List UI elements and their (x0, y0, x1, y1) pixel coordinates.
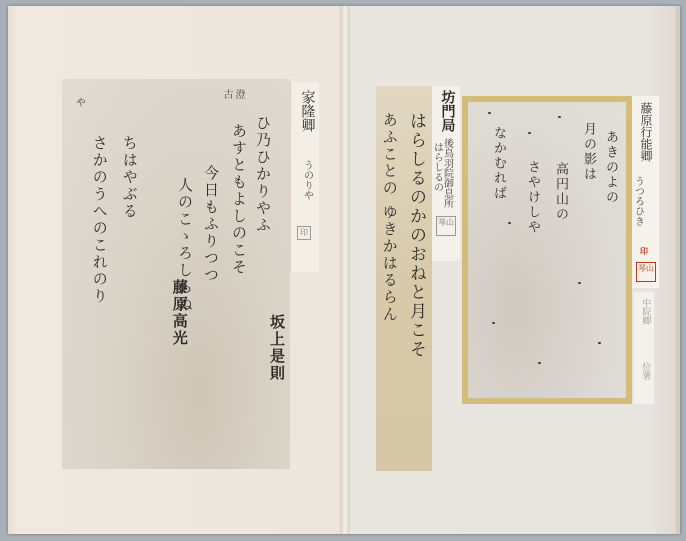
attribution-label-bomon: 坊門局 後鳥羽院御息所 はらしるの 琴山 (432, 86, 460, 261)
left-page: 古 澄 や ひ乃ひかりやふ あすともよしのこそ 今日もふりつつ 人のこゝろしらぬ… (8, 6, 340, 534)
attribution-label-yukiyoshi: 藤原行能卿 うつろひき 印 琴山 (632, 96, 659, 288)
poem-fragment-speckled: あきのよの 月の影は 高円山の さやけしや なかむれば (468, 102, 626, 398)
label-subtitle: はらしるの (432, 142, 443, 192)
seal-red-square: 琴山 (636, 262, 656, 282)
poem-column: ひ乃ひかりやふ (253, 115, 272, 234)
seal-red-small: 印 (638, 246, 650, 258)
label-title: 藤原行能卿 (638, 102, 653, 162)
label-title: 家隆卿 (298, 90, 316, 132)
poem-column: 高円山の (552, 162, 568, 222)
note-top: 古 (220, 89, 233, 99)
attribution-label-faint: 中院卿 位署 (634, 292, 654, 404)
signature-korenori: 坂上是則 (267, 314, 286, 382)
label-subtitle: うのりや (300, 160, 313, 200)
poem-column: 月の影は (580, 122, 596, 182)
seal-stamp: 印 (297, 226, 311, 240)
poem-column: さやけしや (524, 160, 540, 235)
attribution-label-ietaka: 家隆卿 うのりや 印 (290, 82, 319, 272)
label-title: 坊門局 (438, 90, 456, 132)
poem-column: あふことの ゆきかはるらん (380, 112, 399, 323)
poem-column: あきのよの (602, 130, 618, 205)
right-page: はらしるのかのおねと月こそ あふことの ゆきかはるらん 坊門局 後鳥羽院御息所 … (350, 6, 680, 534)
poem-column: はらしるのかのおねと月こそ (405, 112, 426, 359)
label-subtitle: 位署 (639, 362, 650, 380)
poem-strip-fragment: はらしるのかのおねと月こそ あふことの ゆきかはるらん (376, 86, 432, 471)
seal-stamp: 琴山 (436, 216, 456, 236)
poem-column: あすともよしのこそ (229, 123, 248, 276)
album-spine (340, 6, 350, 534)
poem-column: さかのうへのこれのり (90, 135, 109, 305)
signature-takamitsu: 藤原高光 (170, 279, 189, 347)
label-subtitle: うつろひき (632, 176, 644, 226)
label-title: 中院卿 (639, 298, 650, 325)
poem-column: なかむれば (490, 126, 506, 201)
note-left: や (72, 97, 85, 107)
poem-fragment-left: 古 澄 や ひ乃ひかりやふ あすともよしのこそ 今日もふりつつ 人のこゝろしらぬ… (62, 79, 290, 469)
poem-column: 今日もふりつつ (201, 165, 220, 284)
album: 古 澄 や ひ乃ひかりやふ あすともよしのこそ 今日もふりつつ 人のこゝろしらぬ… (8, 6, 680, 534)
page-edge (676, 6, 680, 534)
note-top-2: 澄 (232, 89, 245, 99)
poem-column: ちはやぶる (120, 135, 139, 220)
